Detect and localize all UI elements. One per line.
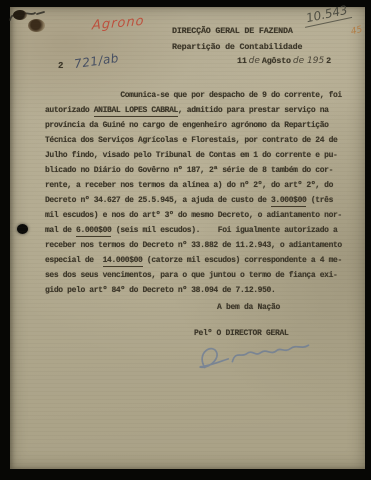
body-line: autorizado ANIBAL LOPES CABRAL, admitido… bbox=[45, 103, 351, 118]
ink-blot-icon bbox=[28, 19, 45, 32]
body-text: Comunica-se que por despacho de 9 do cor… bbox=[45, 88, 351, 298]
date-month: Agôsto bbox=[262, 56, 291, 66]
body-line: ses dos seus vencimentos, para o que jun… bbox=[45, 268, 351, 283]
ink-blot-icon bbox=[13, 10, 27, 20]
date-year-typed-digit: 2 bbox=[326, 56, 331, 66]
body-line: Técnica dos Serviços Agrícolas e Florest… bbox=[45, 133, 351, 148]
punch-hole-icon bbox=[17, 224, 28, 234]
date-year-handwritten: de 195 bbox=[291, 56, 326, 66]
body-line: mil escudos) e nos do artº 3º do mesmo D… bbox=[45, 208, 351, 223]
header-organization: DIRECÇÃO GERAL DE FAZENDA bbox=[172, 26, 293, 36]
body-line: província da Guiné no cargo de engenheir… bbox=[45, 118, 351, 133]
body-line: Decreto nº 34.627 de 25.5.945, a ajuda d… bbox=[45, 193, 351, 208]
date-line: 11deAgôstode 1952 bbox=[237, 56, 331, 66]
closing-motto: A bem da Nação bbox=[217, 303, 280, 312]
body-line: receber nos termos do Decreto nº 33.882 … bbox=[45, 238, 351, 253]
scanned-document-page: { "document": { "header": { "org": "DIRE… bbox=[0, 0, 371, 480]
body-line: especial de 14.000$00 (catorze mil escud… bbox=[45, 253, 351, 268]
body-line: mal de 6.000$00 (seis mil escudos). Foi … bbox=[45, 223, 351, 238]
header-department: Repartição de Contabilidade bbox=[172, 42, 302, 52]
body-line: gido pelo artº 84º do Decreto nº 38.094 … bbox=[45, 283, 351, 298]
body-line: rente, a receber nos termos da alínea a)… bbox=[45, 178, 351, 193]
date-de-handwritten: de bbox=[247, 56, 262, 66]
typed-reference-mark: 2 bbox=[58, 61, 63, 71]
date-day: 11 bbox=[237, 56, 247, 66]
body-line: Julho findo, visado pelo Tribunal de Con… bbox=[45, 148, 351, 163]
body-line: Comunica-se que por despacho de 9 do cor… bbox=[45, 88, 351, 103]
body-line: blicado no Diário do Govêrno nº 187, 2ª … bbox=[45, 163, 351, 178]
